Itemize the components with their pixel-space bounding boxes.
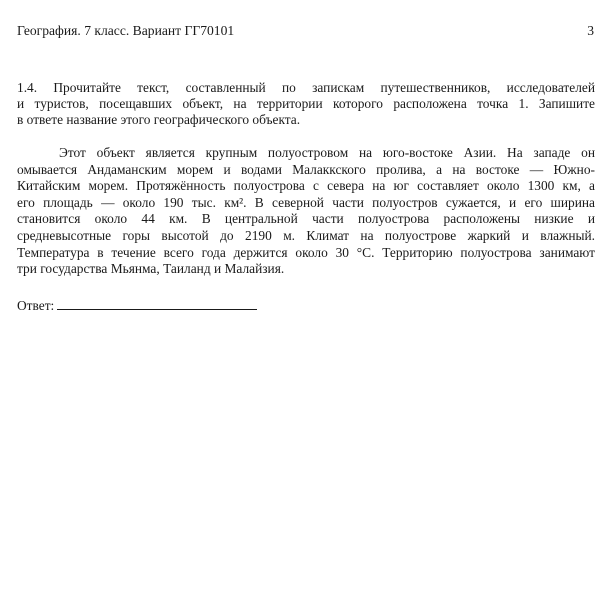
page-header: География. 7 класс. Вариант ГГ70101 3 — [17, 23, 594, 41]
passage-line: Температура в течение всего года держитс… — [17, 245, 595, 262]
question-line: в ответе название этого географического … — [17, 112, 595, 128]
question-text: 1.4. Прочитайте текст, составленный по з… — [17, 80, 595, 129]
passage-line: омывается Андаманским морем и водами Мал… — [17, 162, 595, 179]
passage-line: Китайским морем. Протяжённость полуостро… — [17, 178, 595, 195]
question-line: и туристов, посещавших объект, на террит… — [17, 96, 595, 112]
answer-underline-start — [57, 309, 85, 310]
answer-row: Ответ: — [17, 296, 257, 314]
passage-line: три государства Мьянма, Таиланд и Малайз… — [17, 261, 595, 278]
passage-line: его площадь — около 190 тыс. км². В севе… — [17, 195, 595, 212]
passage-line: становится около 44 км. В центральной ча… — [17, 211, 595, 228]
passage-text: Этот объект является крупным полуострово… — [17, 145, 595, 278]
answer-underline — [85, 309, 257, 310]
answer-field[interactable] — [57, 296, 257, 310]
question-line: 1.4. Прочитайте текст, составленный по з… — [17, 80, 595, 96]
answer-label: Ответ: — [17, 298, 54, 314]
page-number: 3 — [587, 23, 594, 39]
passage-line: Этот объект является крупным полуострово… — [17, 145, 595, 162]
header-title: География. 7 класс. Вариант ГГ70101 — [17, 23, 234, 39]
passage-line: средневысотные горы высотой до 2190 м. К… — [17, 228, 595, 245]
